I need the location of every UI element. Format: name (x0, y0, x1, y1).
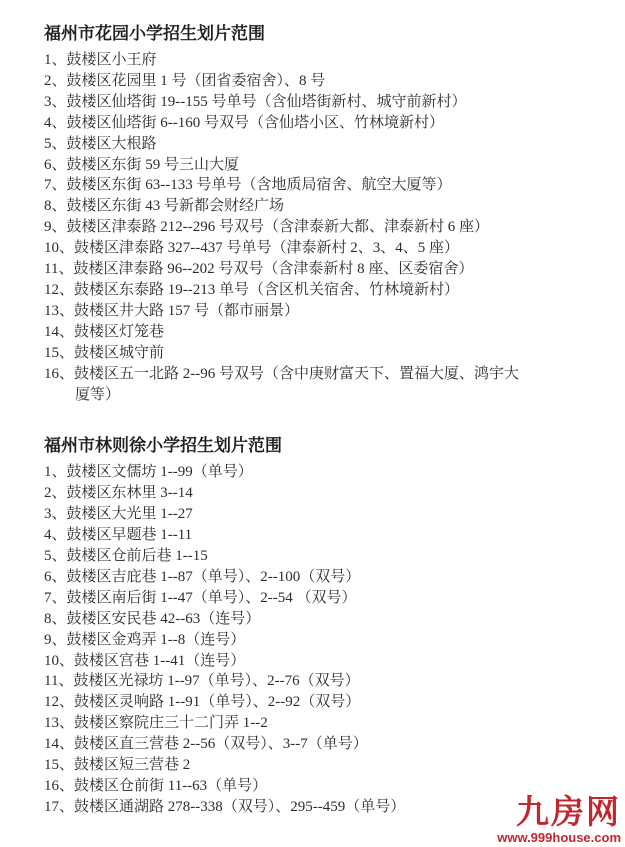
list-item: 6、鼓楼区东街 59 号三山大厦 (44, 155, 592, 176)
list-item: 12、鼓楼区灵响路 1--91（单号）、2--92（双号） (44, 692, 592, 713)
document-content: 福州市花园小学招生划片范围 1、鼓楼区小王府2、鼓楼区花园里 1 号（团省委宿舍… (44, 23, 592, 847)
list-item: 2、鼓楼区东林里 3--14 (44, 483, 592, 504)
list-item: 13、鼓楼区井大路 157 号（都市丽景） (44, 301, 592, 322)
section-items: 1、鼓楼区文儒坊 1--99（单号）2、鼓楼区东林里 3--143、鼓楼区大光里… (44, 462, 592, 817)
list-item: 15、鼓楼区城守前 (44, 343, 592, 364)
section-title: 福州市花园小学招生划片范围 (44, 23, 592, 44)
watermark: 九房网 www.999house.com (497, 797, 621, 845)
list-item: 5、鼓楼区大根路 (44, 134, 592, 155)
list-item: 13、鼓楼区察院庄三十二门弄 1--2 (44, 713, 592, 734)
list-item: 4、鼓楼区早题巷 1--11 (44, 525, 592, 546)
list-item: 1、鼓楼区文儒坊 1--99（单号） (44, 462, 592, 483)
list-item: 5、鼓楼区仓前后巷 1--15 (44, 546, 592, 567)
list-item: 16、鼓楼区仓前街 11--63（单号） (44, 776, 592, 797)
list-item: 2、鼓楼区花园里 1 号（团省委宿舍）、8 号 (44, 71, 592, 92)
list-item: 7、鼓楼区东街 63--133 号单号（含地质局宿舍、航空大厦等） (44, 175, 592, 196)
section-linzexu-school: 福州市林则徐小学招生划片范围 1、鼓楼区文儒坊 1--99（单号）2、鼓楼区东林… (44, 435, 592, 817)
watermark-url: www.999house.com (497, 830, 621, 845)
list-item: 7、鼓楼区南后街 1--47（单号）、2--54 （双号） (44, 588, 592, 609)
jiufang-logo: 九房网 (497, 797, 621, 830)
list-item: 10、鼓楼区津泰路 327--437 号单号（津泰新村 2、3、4、5 座） (44, 238, 592, 259)
document-page: { "document": { "sections": [ { "title":… (0, 0, 625, 847)
list-item: 9、鼓楼区津泰路 212--296 号双号（含津泰新大都、津泰新村 6 座） (44, 217, 592, 238)
section-items: 1、鼓楼区小王府2、鼓楼区花园里 1 号（团省委宿舍）、8 号3、鼓楼区仙塔街 … (44, 50, 592, 405)
list-item: 8、鼓楼区安民巷 42--63（连号） (44, 609, 592, 630)
list-item: 14、鼓楼区直三营巷 2--56（双号）、3--7（单号） (44, 734, 592, 755)
list-item: 11、鼓楼区津泰路 96--202 号双号（含津泰新村 8 座、区委宿舍） (44, 259, 592, 280)
list-item: 4、鼓楼区仙塔街 6--160 号双号（含仙塔小区、竹林境新村） (44, 113, 592, 134)
list-item: 16、鼓楼区五一北路 2--96 号双号（含中庚财富天下、置福大厦、鸿宇大 厦等… (44, 364, 592, 406)
list-item: 10、鼓楼区宫巷 1--41（连号） (44, 651, 592, 672)
list-item: 11、鼓楼区光禄坊 1--97（单号）、2--76（双号） (44, 671, 592, 692)
list-item: 14、鼓楼区灯笼巷 (44, 322, 592, 343)
list-item: 1、鼓楼区小王府 (44, 50, 592, 71)
section-title: 福州市林则徐小学招生划片范围 (44, 435, 592, 456)
list-item: 15、鼓楼区短三营巷 2 (44, 755, 592, 776)
list-item: 3、鼓楼区大光里 1--27 (44, 504, 592, 525)
list-item: 3、鼓楼区仙塔街 19--155 号单号（含仙塔街新村、城守前新村） (44, 92, 592, 113)
list-item: 8、鼓楼区东街 43 号新都会财经广场 (44, 196, 592, 217)
section-huayuan-school: 福州市花园小学招生划片范围 1、鼓楼区小王府2、鼓楼区花园里 1 号（团省委宿舍… (44, 23, 592, 405)
list-item: 6、鼓楼区吉庇巷 1--87（单号）、2--100（双号） (44, 567, 592, 588)
list-item: 12、鼓楼区东泰路 19--213 单号（含区机关宿舍、竹林境新村） (44, 280, 592, 301)
list-item: 9、鼓楼区金鸡弄 1--8（连号） (44, 630, 592, 651)
